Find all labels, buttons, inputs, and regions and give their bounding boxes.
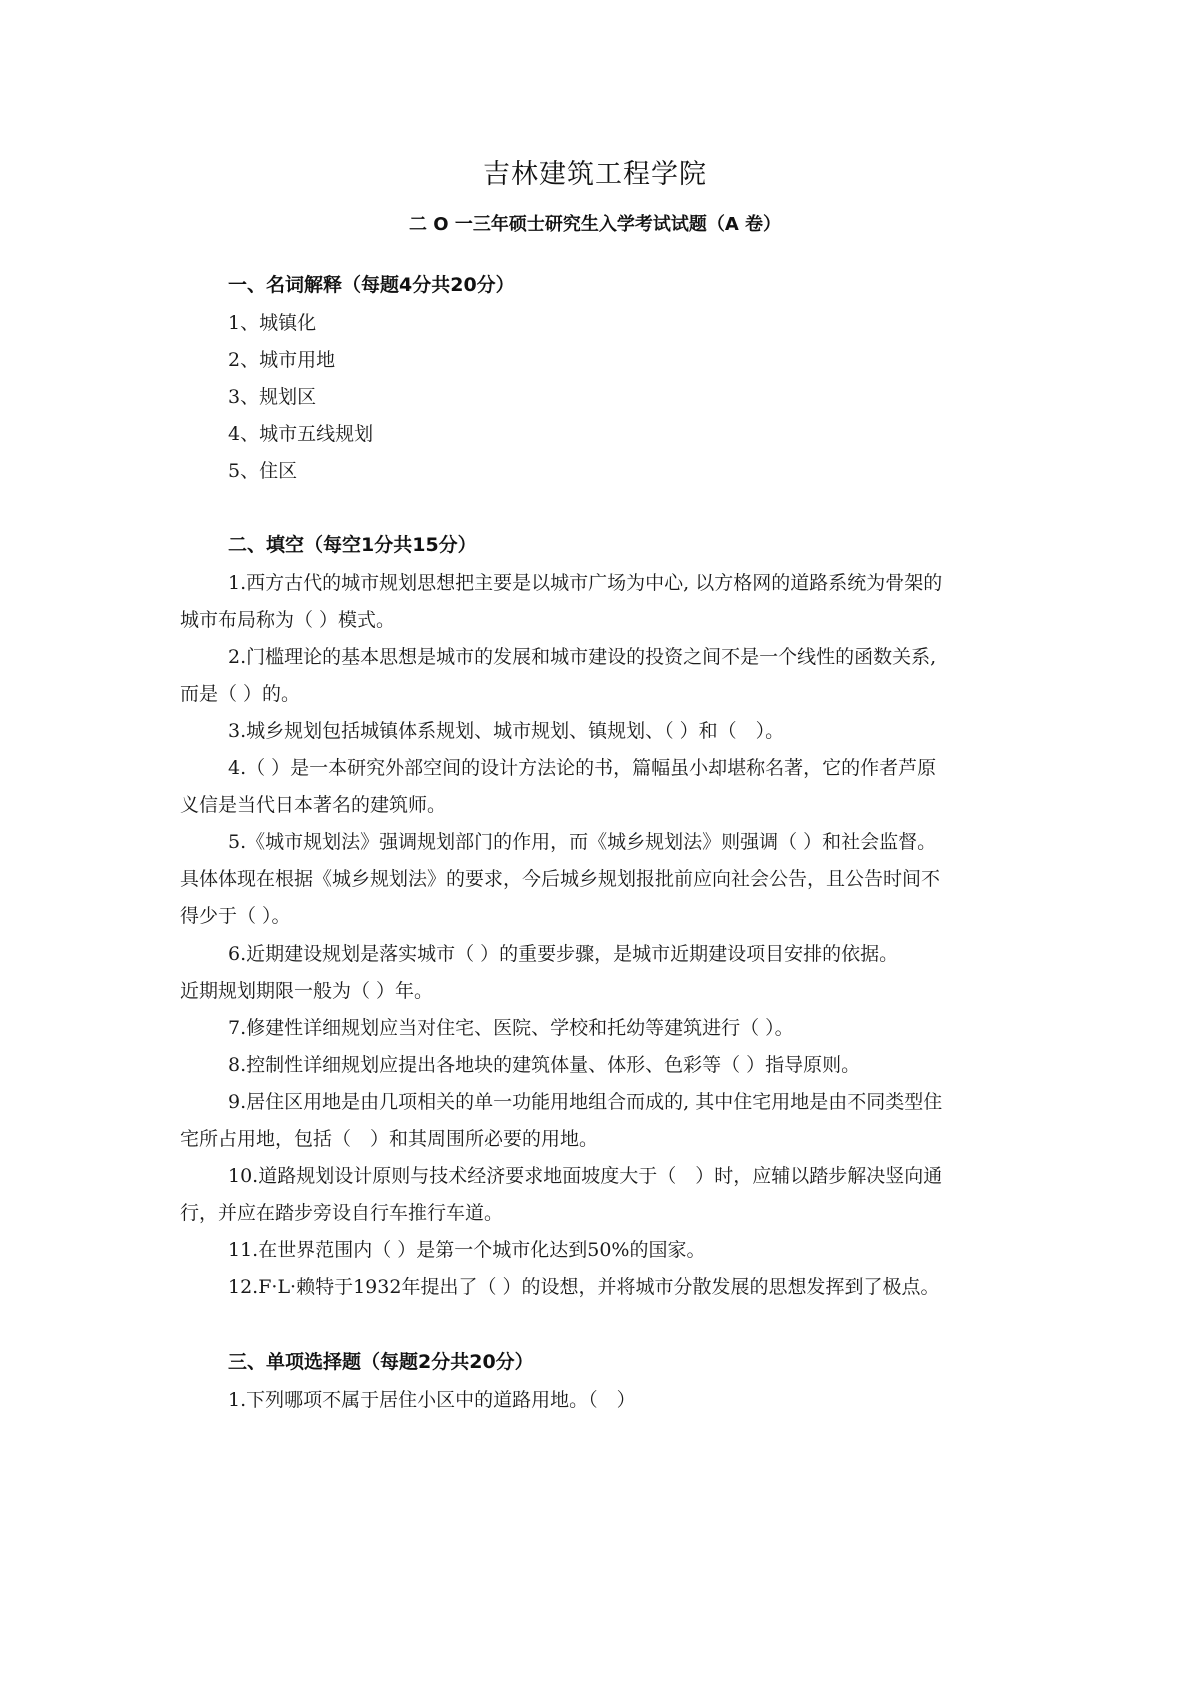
fill-blank-line: 10.道路规划设计原则与技术经济要求地面坡度大于（ ）时，应辅以踏步解决竖向通: [228, 1161, 942, 1188]
section1-heading: 一、名词解释（每题4分共20分）: [228, 270, 515, 297]
fill-blank-line: 宅所占用地，包括（ ）和其周围所必要的用地。: [180, 1124, 598, 1151]
section3-heading: 三、单项选择题（每题2分共20分）: [228, 1347, 534, 1374]
fill-blank-line: 行，并应在踏步旁设自行车推行车道。: [180, 1198, 503, 1225]
choice-question: 1.下列哪项不属于居住小区中的道路用地。（ ）: [228, 1385, 636, 1412]
fill-blank-line: 具体体现在根据《城乡规划法》的要求，今后城乡规划报批前应向社会公告，且公告时间不: [180, 864, 940, 891]
exam-title: 二 O 一三年硕士研究生入学考试试题（A 卷）: [0, 210, 1190, 236]
fill-blank-line: 12.F·L·赖特于1932年提出了（ ）的设想，并将城市分散发展的思想发挥到了…: [228, 1272, 940, 1299]
fill-blank-line: 7.修建性详细规划应当对住宅、医院、学校和托幼等建筑进行（ ）。: [228, 1013, 794, 1040]
fill-blank-line: 9.居住区用地是由几项相关的单一功能用地组合而成的, 其中住宅用地是由不同类型住: [228, 1087, 942, 1114]
fill-blank-line: 4.（ ）是一本研究外部空间的设计方法论的书，篇幅虽小却堪称名著，它的作者芦原: [228, 753, 936, 780]
fill-blank-line: 8.控制性详细规划应提出各地块的建筑体量、体形、色彩等（ ）指导原则。: [228, 1050, 860, 1077]
fill-blank-line: 5.《城市规划法》强调规划部门的作用，而《城乡规划法》则强调（ ）和社会监督。: [228, 827, 936, 854]
fill-blank-line: 近期规划期限一般为（ ）年。: [180, 976, 433, 1003]
school-title: 吉林建筑工程学院: [0, 152, 1190, 191]
fill-blank-line: 得少于（ ）。: [180, 901, 291, 928]
fill-blank-line: 3.城乡规划包括城镇体系规划、城市规划、镇规划、（ ）和（ ）。: [228, 716, 784, 743]
fill-blank-line: 而是（ ）的。: [180, 679, 300, 706]
term-item: 3、规划区: [228, 382, 316, 409]
fill-blank-line: 城市布局称为（ ）模式。: [180, 605, 395, 632]
term-item: 5、住区: [228, 456, 297, 483]
fill-blank-line: 1.西方古代的城市规划思想把主要是以城市广场为中心, 以方格网的道路系统为骨架的: [228, 568, 942, 595]
fill-blank-line: 6.近期建设规划是落实城市（ ）的重要步骤，是城市近期建设项目安排的依据。: [228, 939, 898, 966]
fill-blank-line: 2.门槛理论的基本思想是城市的发展和城市建设的投资之间不是一个线性的函数关系,: [228, 642, 936, 669]
section2-heading: 二、填空（每空1分共15分）: [228, 530, 477, 557]
term-item: 2、城市用地: [228, 345, 335, 372]
fill-blank-line: 11.在世界范围内（ ）是第一个城市化达到50%的国家。: [228, 1235, 706, 1262]
term-item: 1、城镇化: [228, 308, 316, 335]
term-item: 4、城市五线规划: [228, 419, 373, 446]
fill-blank-line: 义信是当代日本著名的建筑师。: [180, 790, 446, 817]
